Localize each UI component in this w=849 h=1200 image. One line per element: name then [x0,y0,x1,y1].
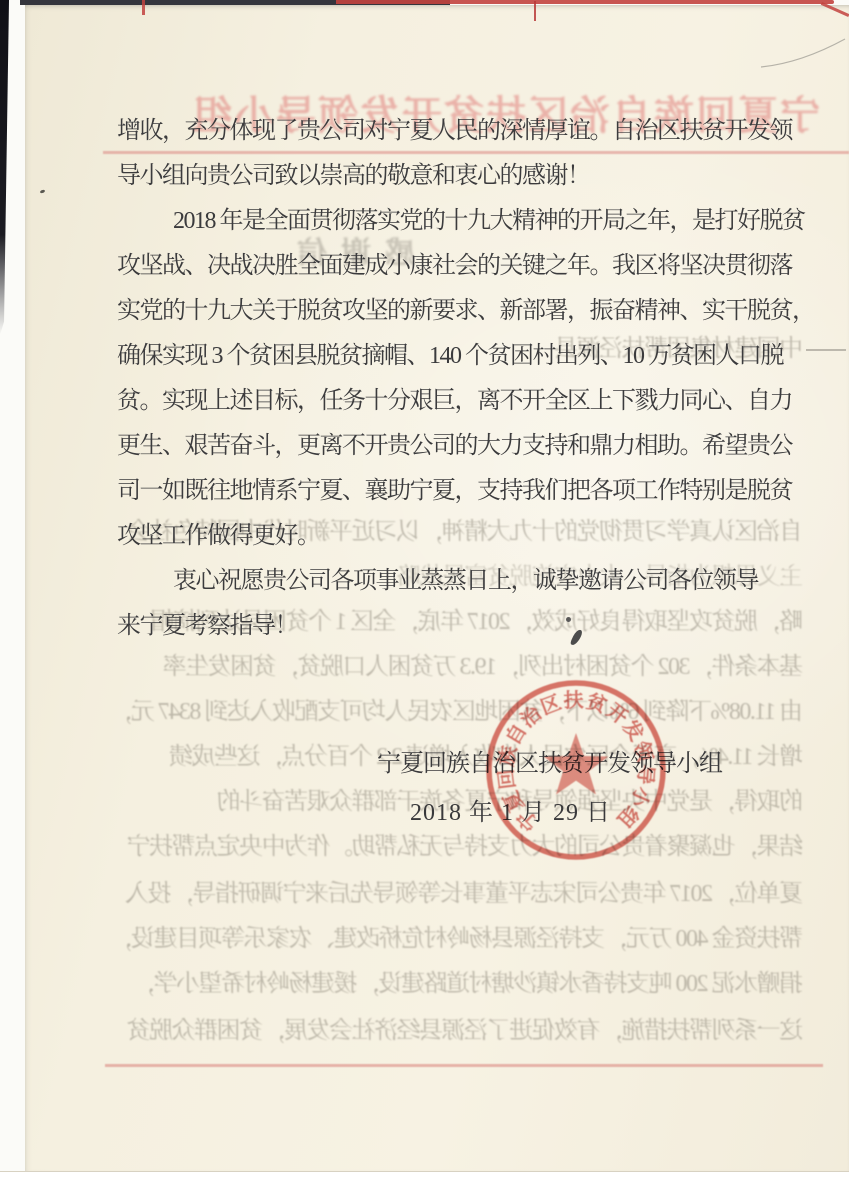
letter-line: 攻坚工作做得更好。 [117,514,817,559]
bleedthrough-line: 由 11.08%下降到 6%以下，贫困地区农民人均可支配收入达到 8347 元， [61,691,803,731]
letter-line: 攻坚战、决战决胜全面建成小康社会的关键之年。我区将坚决贯彻落 [117,244,817,289]
red-pen-tick [142,0,145,15]
letter-line: 司一如既往地情系宁夏、襄助宁夏，支持我们把各项工作特别是脱贫 [117,469,817,514]
bleedthrough-line: 结果，也凝聚着贵公司的大力支持与无私帮助。作为中央定点帮扶宁 [61,826,803,866]
bleedthrough-line: 夏单位，2017 年贵公司宋志平董事长等领导先后来宁调研指导，投入 [61,873,803,913]
crease-mark [806,349,846,351]
scan-edge-red-line [336,0,834,4]
paper-sheet: 宁夏回族自治区扶贫开发领导小组 感谢信 中国建材集团帮扶泾源县 自治区认真学习贯… [25,5,849,1172]
official-seal: 宁夏回族自治区扶贫开发领导小组 [478,672,674,868]
letter-line: 贫。实现上述目标，任务十分艰巨，离不开全区上下戮力同心、自力 [117,379,817,424]
bleedthrough-line: 基本条件，302 个贫困村出列，19.3 万贫困人口脱贫，贫困发生率 [61,646,803,686]
bleedthrough-line: 这一系列帮扶措施，有效促进了泾源县经济社会发展，贫困群众脱贫 [61,1010,803,1050]
red-pen-tick [534,1,536,21]
seal-star-icon [544,733,609,795]
scan-edge-left [0,0,9,335]
letter-line: 更生、艰苦奋斗，更离不开贵公司的大力支持和鼎力相助。希望贵公 [117,424,817,469]
bleedthrough-red-rule-bottom [105,1064,823,1067]
letter-line: 2018 年是全面贯彻落实党的十九大精神的开局之年，是打好脱贫 [117,199,849,244]
letter-line: 导小组向贵公司致以崇高的敬意和衷心的感谢！ [117,154,817,199]
scan-edge-bottom [0,1172,849,1200]
letter-line: 衷心祝愿贵公司各项事业蒸蒸日上，诚挚邀请公司各位领导 [117,559,849,604]
bleedthrough-line: 帮扶资金 400 万元，支持泾源县杨岭村危桥改建、农家乐等项目建设， [61,918,803,958]
scan-speck [40,189,46,194]
letter-line: 来宁夏考察指导！ [117,604,817,649]
ink-blot [566,617,571,622]
scanned-letter-page: 宁夏回族自治区扶贫开发领导小组 感谢信 中国建材集团帮扶泾源县 自治区认真学习贯… [0,0,849,1200]
bleedthrough-line: 捐赠水泥 200 吨支持香水镇沙塘村道路建设，援建杨岭村希望小学， [61,963,803,1003]
paper-fold-line [759,33,849,73]
letter-line: 确保实现 3 个贫困县脱贫摘帽、140 个贫困村出列、10 万贫困人口脱 [117,334,817,379]
letter-line: 实党的十九大关于脱贫攻坚的新要求、新部署，振奋精神、实干脱贫， [117,289,817,334]
letter-line: 增收，充分体现了贵公司对宁夏人民的深情厚谊。自治区扶贫开发领 [117,109,817,154]
